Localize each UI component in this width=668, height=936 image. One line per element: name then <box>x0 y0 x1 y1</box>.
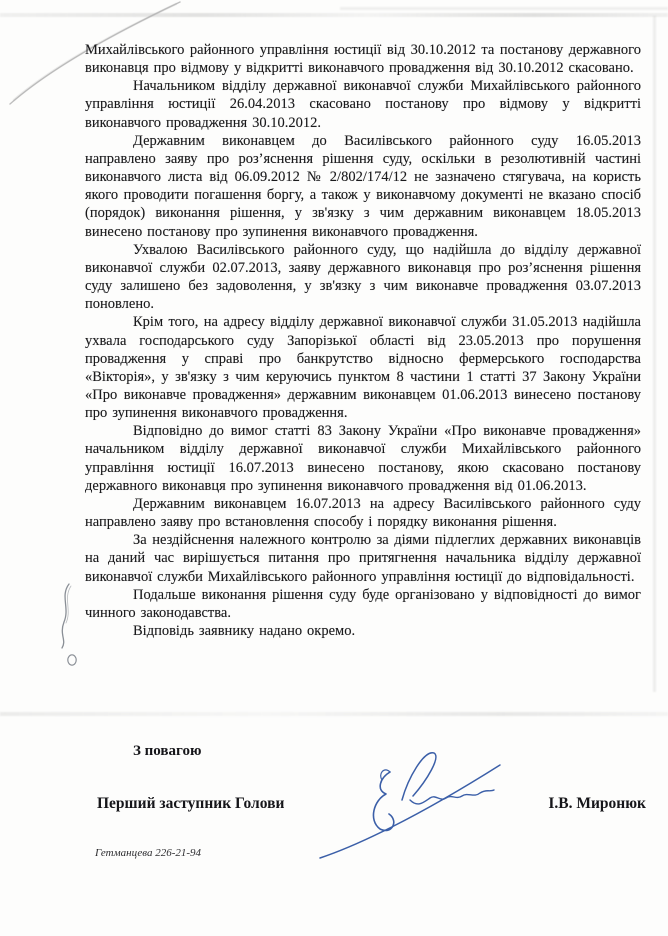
body-paragraph: Подальше виконання рішення суду буде орг… <box>85 586 641 622</box>
body-paragraph: Михайлівського районного управління юсти… <box>85 41 641 77</box>
scan-streak-right <box>653 16 656 692</box>
scan-streak-bottom <box>0 712 668 716</box>
body-paragraph: Державним виконавцем 16.07.2013 на адрес… <box>85 495 641 531</box>
scan-streak-top <box>0 13 668 17</box>
body-paragraph: Ухвалою Василівського районного суду, що… <box>85 241 641 314</box>
pen-squiggle-mark <box>53 580 87 672</box>
body-paragraph: Крім того, на адресу відділу державної в… <box>85 313 641 422</box>
body-paragraph: Державним виконавцем до Василівського ра… <box>85 132 641 241</box>
scan-streak-top-secondary <box>340 7 668 10</box>
body-paragraph: Відповідно до вимог статті 83 Закону Укр… <box>85 422 641 495</box>
body-paragraph: Начальником відділу державної виконавчої… <box>85 77 641 131</box>
scanned-letter-page: Михайлівського районного управління юсти… <box>0 0 668 936</box>
closing-salutation: З повагою <box>133 743 201 760</box>
letter-body: Михайлівського районного управління юсти… <box>85 41 641 640</box>
executor-footer-reference: Гетманцева 226-21-94 <box>95 847 201 859</box>
signer-name: І.В. Миронюк <box>548 795 646 813</box>
body-paragraph: Відповідь заявнику надано окремо. <box>85 622 641 640</box>
handwritten-signature <box>298 736 510 868</box>
body-paragraph: За нездійснення належного контролю за ді… <box>85 531 641 585</box>
signer-position-title: Перший заступник Голови <box>97 795 284 813</box>
